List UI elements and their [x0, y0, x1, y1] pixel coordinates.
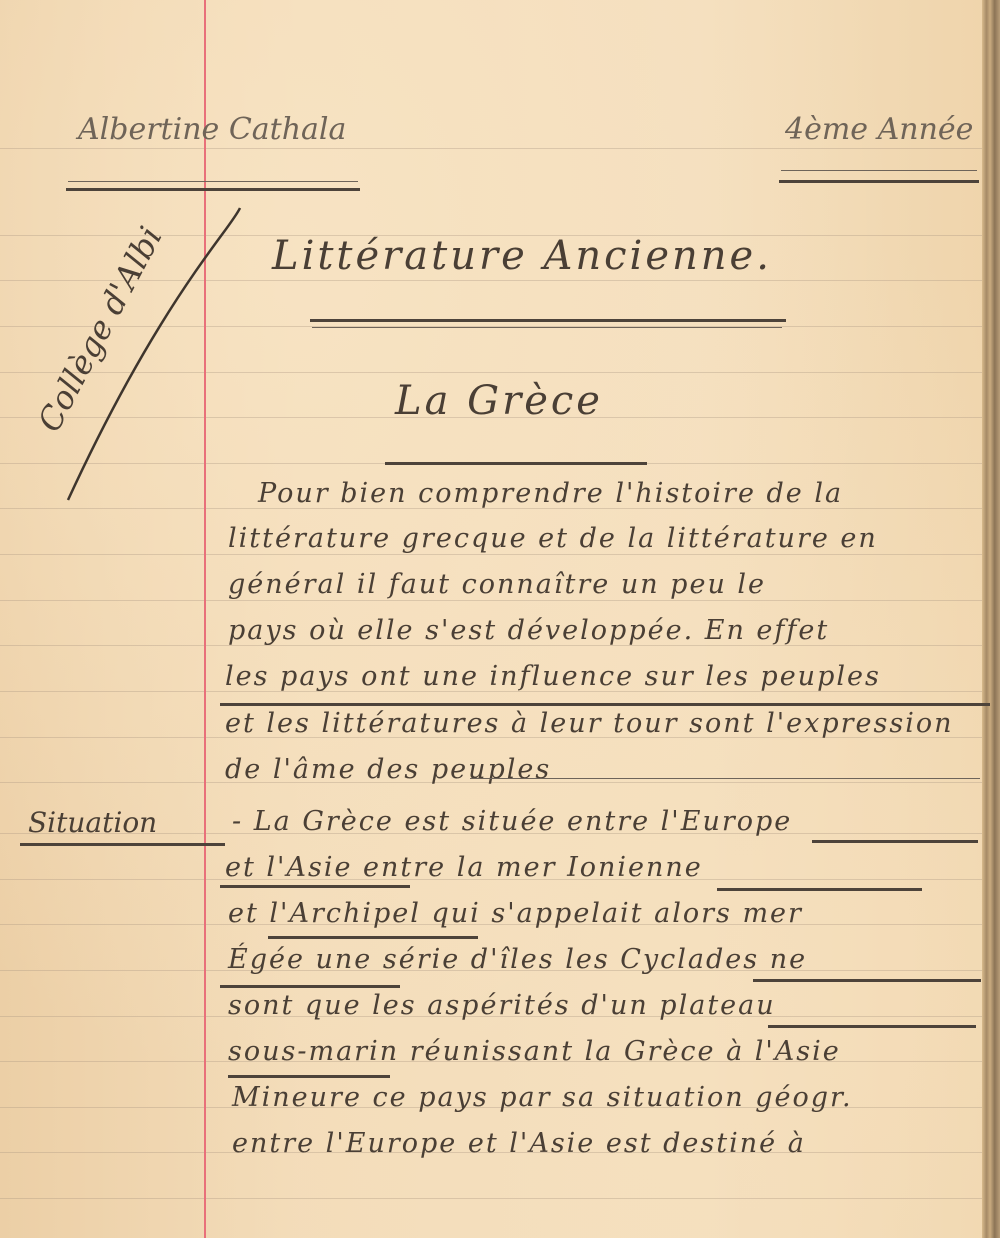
- emphasis-underline: [220, 703, 990, 706]
- stamp-flourish-stroke: [0, 0, 260, 520]
- underline-asie: [220, 885, 410, 888]
- underline-europe: [812, 840, 978, 843]
- year-underline-thin: [781, 170, 977, 171]
- rule-line: [0, 1198, 985, 1199]
- body-line: littérature grecque et de la littérature…: [228, 523, 878, 554]
- body-line: et l'Asie entre la mer Ionienne: [225, 852, 703, 883]
- body-line: sous-marin réunissant la Grèce à l'Asie: [228, 1036, 841, 1067]
- title-subtitle: La Grèce: [395, 378, 603, 424]
- underline-archipel: [268, 936, 478, 939]
- body-line: sont que les aspérités d'un plateau: [228, 990, 776, 1021]
- body-line: de l'âme des peuples: [225, 754, 551, 785]
- body-line: Mineure ce pays par sa situation géogr.: [232, 1082, 853, 1113]
- underline-plateau: [768, 1025, 976, 1028]
- notebook-page: Albertine Cathala 4ème Année Collège d'A…: [0, 0, 1000, 1238]
- body-line: Égée une série d'îles les Cyclades ne: [228, 944, 807, 975]
- year-level: 4ème Année: [785, 112, 973, 147]
- body-line: entre l'Europe et l'Asie est destiné à: [232, 1128, 806, 1159]
- title-underline-thick: [310, 319, 786, 322]
- underline-egee: [220, 985, 400, 988]
- year-underline-thick: [779, 180, 979, 183]
- underline-sous-marin: [228, 1075, 390, 1078]
- body-line: - La Grèce est située entre l'Europe: [232, 806, 792, 837]
- body-line: et les littératures à leur tour sont l'e…: [225, 708, 954, 739]
- page-binding-edge: [982, 0, 1000, 1238]
- body-line: Pour bien comprendre l'histoire de la: [258, 478, 843, 509]
- rule-line: [0, 600, 985, 601]
- underline-cyclades: [753, 979, 981, 982]
- body-line: les pays ont une influence sur les peupl…: [225, 661, 881, 692]
- line-end-dash: [470, 778, 980, 779]
- section-label-situation: Situation: [28, 806, 157, 839]
- body-line: pays où elle s'est développée. En effet: [228, 615, 829, 646]
- section-label-underline: [20, 843, 225, 846]
- body-line: général il faut connaître un peu le: [228, 569, 766, 600]
- underline-ionienne: [717, 888, 922, 891]
- title-main: Littérature Ancienne.: [272, 233, 772, 279]
- rule-line: [0, 554, 985, 555]
- body-line: et l'Archipel qui s'appelait alors mer: [228, 898, 803, 929]
- title-underline-thin: [312, 327, 782, 328]
- subtitle-underline: [385, 462, 647, 465]
